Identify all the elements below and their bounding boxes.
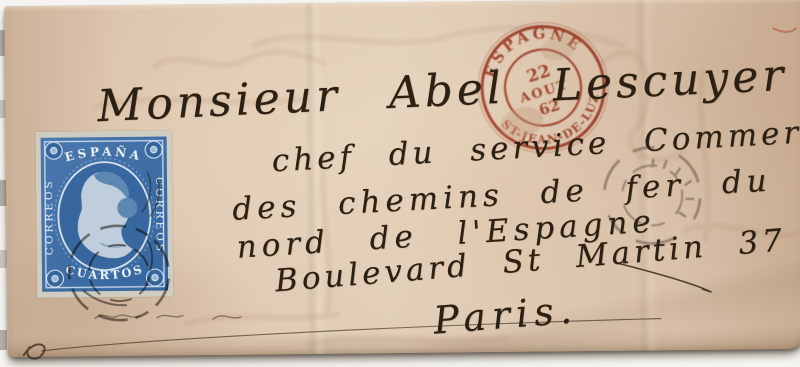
letter-cover: ESPAÑA CORREOS CORREOS CUARTOS xyxy=(4,0,800,357)
stamp-cancel-postmark xyxy=(56,214,197,330)
address-block: Monsieur Abel Lescuyer chef du service C… xyxy=(4,0,800,6)
address-line-city: Paris. xyxy=(432,287,579,342)
stamp-correos-left: CORREOS xyxy=(43,178,56,255)
pen-loop-flourish xyxy=(24,344,45,358)
address-line-recipient: Monsieur Abel Lescuyer xyxy=(96,50,788,132)
red-ink-curl xyxy=(773,28,797,32)
